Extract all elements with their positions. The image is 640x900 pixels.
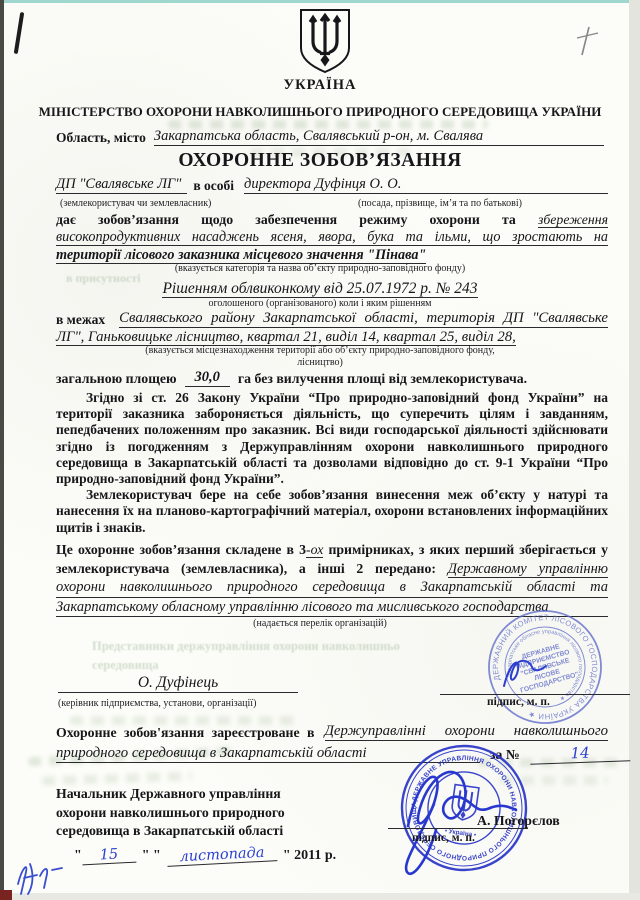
obligation-caption: (вказується категорія та назва об’єкту п… (0, 263, 640, 274)
copies-line-1: Це охоронне зобов’язання складене в 3-ох… (56, 541, 608, 560)
bleedthrough-artifact (42, 771, 192, 785)
area-value: 30,0 (185, 369, 230, 387)
ministry-name: МІНІСТЕРСТВО ОХОРОНИ НАВКОЛИШНЬОГО ПРИРО… (39, 104, 602, 119)
registration-line-1: Охоронне зобов'язання зареєстроване в Де… (56, 723, 608, 741)
area-post: га без вилучення площі від землекористув… (238, 371, 527, 387)
registration-value-1: Держуправлінні охорони навколишнього (325, 723, 608, 741)
date-year-label: " 2011 р. (277, 848, 336, 864)
bounds-caption-1: (вказується місцезнаходження території а… (0, 345, 640, 356)
copies-line-3: охорони навколишнього природного середов… (56, 578, 608, 598)
director-signature-name: О. Дуфінець (138, 674, 218, 691)
obligation-value-3: території лісового заказника місцевого з… (56, 247, 426, 264)
copies-line-2: землекористувача (землевласника), а інші… (56, 560, 608, 579)
scan-edge-bottom (0, 893, 640, 900)
pen-stroke-mark-icon (14, 12, 24, 54)
country-name: УКРАЇНА (283, 77, 356, 93)
obligation-lead: дає зобов’язання щодо забезпечення режим… (56, 212, 516, 227)
area-line: загальною площею 30,0 га без вилучення п… (56, 369, 608, 387)
landuser-org-value: ДП "Свалявське ЛГ" (56, 176, 187, 194)
date-month-value: листопада (166, 844, 277, 867)
law-paragraph: Згідно зі ст. 26 Закону України “Про при… (56, 390, 608, 487)
bounds-caption-2: лісництво) (0, 357, 640, 368)
copies-lead-2: примірниках, з яких перший зберігається … (328, 542, 608, 557)
official-title-3: середовища в Закарпатській області (56, 822, 356, 841)
bleedthrough-text: середовища (92, 658, 159, 673)
pencil-cross-mark-icon (572, 24, 602, 58)
official-title-2: охорони навколишнього природного (56, 804, 356, 823)
bounds-value-1: Свалявського району Закарпатської област… (119, 310, 608, 328)
coat-of-arms-icon (294, 8, 356, 76)
copies-line2-value: Державному управлінню (448, 561, 608, 578)
copies-num-suffix: -ох (306, 542, 323, 558)
scan-edge-right (629, 0, 640, 900)
party-line: ДП "Свалявське ЛГ" в особі директора Дуф… (56, 176, 608, 194)
official-title-1: Начальник Державного управління (56, 785, 356, 804)
director-signature-caption: (керівник підприємства, установи, органі… (58, 698, 256, 709)
obligation-value-1: збереження (538, 212, 608, 228)
date-quote-1: " (74, 848, 82, 864)
obligation-value-2: високопродуктивних насаджень ясеня, явор… (56, 229, 608, 247)
bounds-label: в межах (56, 312, 119, 328)
decision-caption: оголошеного (організованого) коли і яким… (0, 298, 640, 309)
bounds-value-2: ЛГ", Ганьковицьке лісництво, квартал 21,… (56, 329, 516, 346)
region-label: Область, місто (56, 130, 154, 146)
copies-line2-plain: землекористувача (землевласника), а інші… (56, 561, 436, 576)
obligation-line-1: дає зобов’язання щодо забезпечення режим… (56, 212, 608, 229)
caption-position: (посада, прізвище, ім’я та по батькові) (358, 198, 522, 209)
caption-landuser: (землекористувач чи землевласник) (60, 198, 211, 209)
registration-lead: Охоронне зобов'язання зареєстроване в (56, 725, 325, 741)
seal-note-1: підпис, м. п. (487, 696, 550, 708)
region-line: Область, місто Закарпатська область, Сва… (56, 128, 604, 146)
scan-edge-left (0, 0, 4, 900)
scanned-document-page: в присутності Представники держуправлінн… (0, 0, 640, 900)
date-quote-2: " " (136, 848, 167, 864)
bleedthrough-text: Представники держуправління охорони навк… (92, 639, 400, 654)
bounds-line-1: в межах Свалявського району Закарпатсько… (56, 310, 608, 328)
decision-value: Рішенням облвиконкому від 25.07.1972 р. … (162, 280, 477, 298)
connector-label: в особі (187, 178, 244, 194)
chief-name: А. Погорєлов (477, 813, 560, 829)
seal-note-2: підпис, м. п. (412, 832, 475, 844)
region-value: Закарпатська область, Свалявський р-он, … (154, 128, 604, 146)
date-day-value: 15 (81, 846, 136, 866)
director-signature-icon (498, 650, 560, 694)
scan-edge-top (0, 0, 640, 3)
date-line: " 15 " " листопада " 2011 р. (74, 847, 336, 864)
copies-lead: Це охоронне зобов’язання складене в 3 (56, 542, 306, 557)
duty-paragraph: Землекористувач бере на себе зобов’язанн… (56, 487, 608, 536)
area-pre: загальною площею (56, 371, 177, 387)
person-value: директора Дуфінця О. О. (244, 176, 608, 194)
pen-initials-mark-icon (10, 856, 74, 898)
page-title: ОХОРОННЕ ЗОБОВ’ЯЗАННЯ (178, 150, 461, 171)
